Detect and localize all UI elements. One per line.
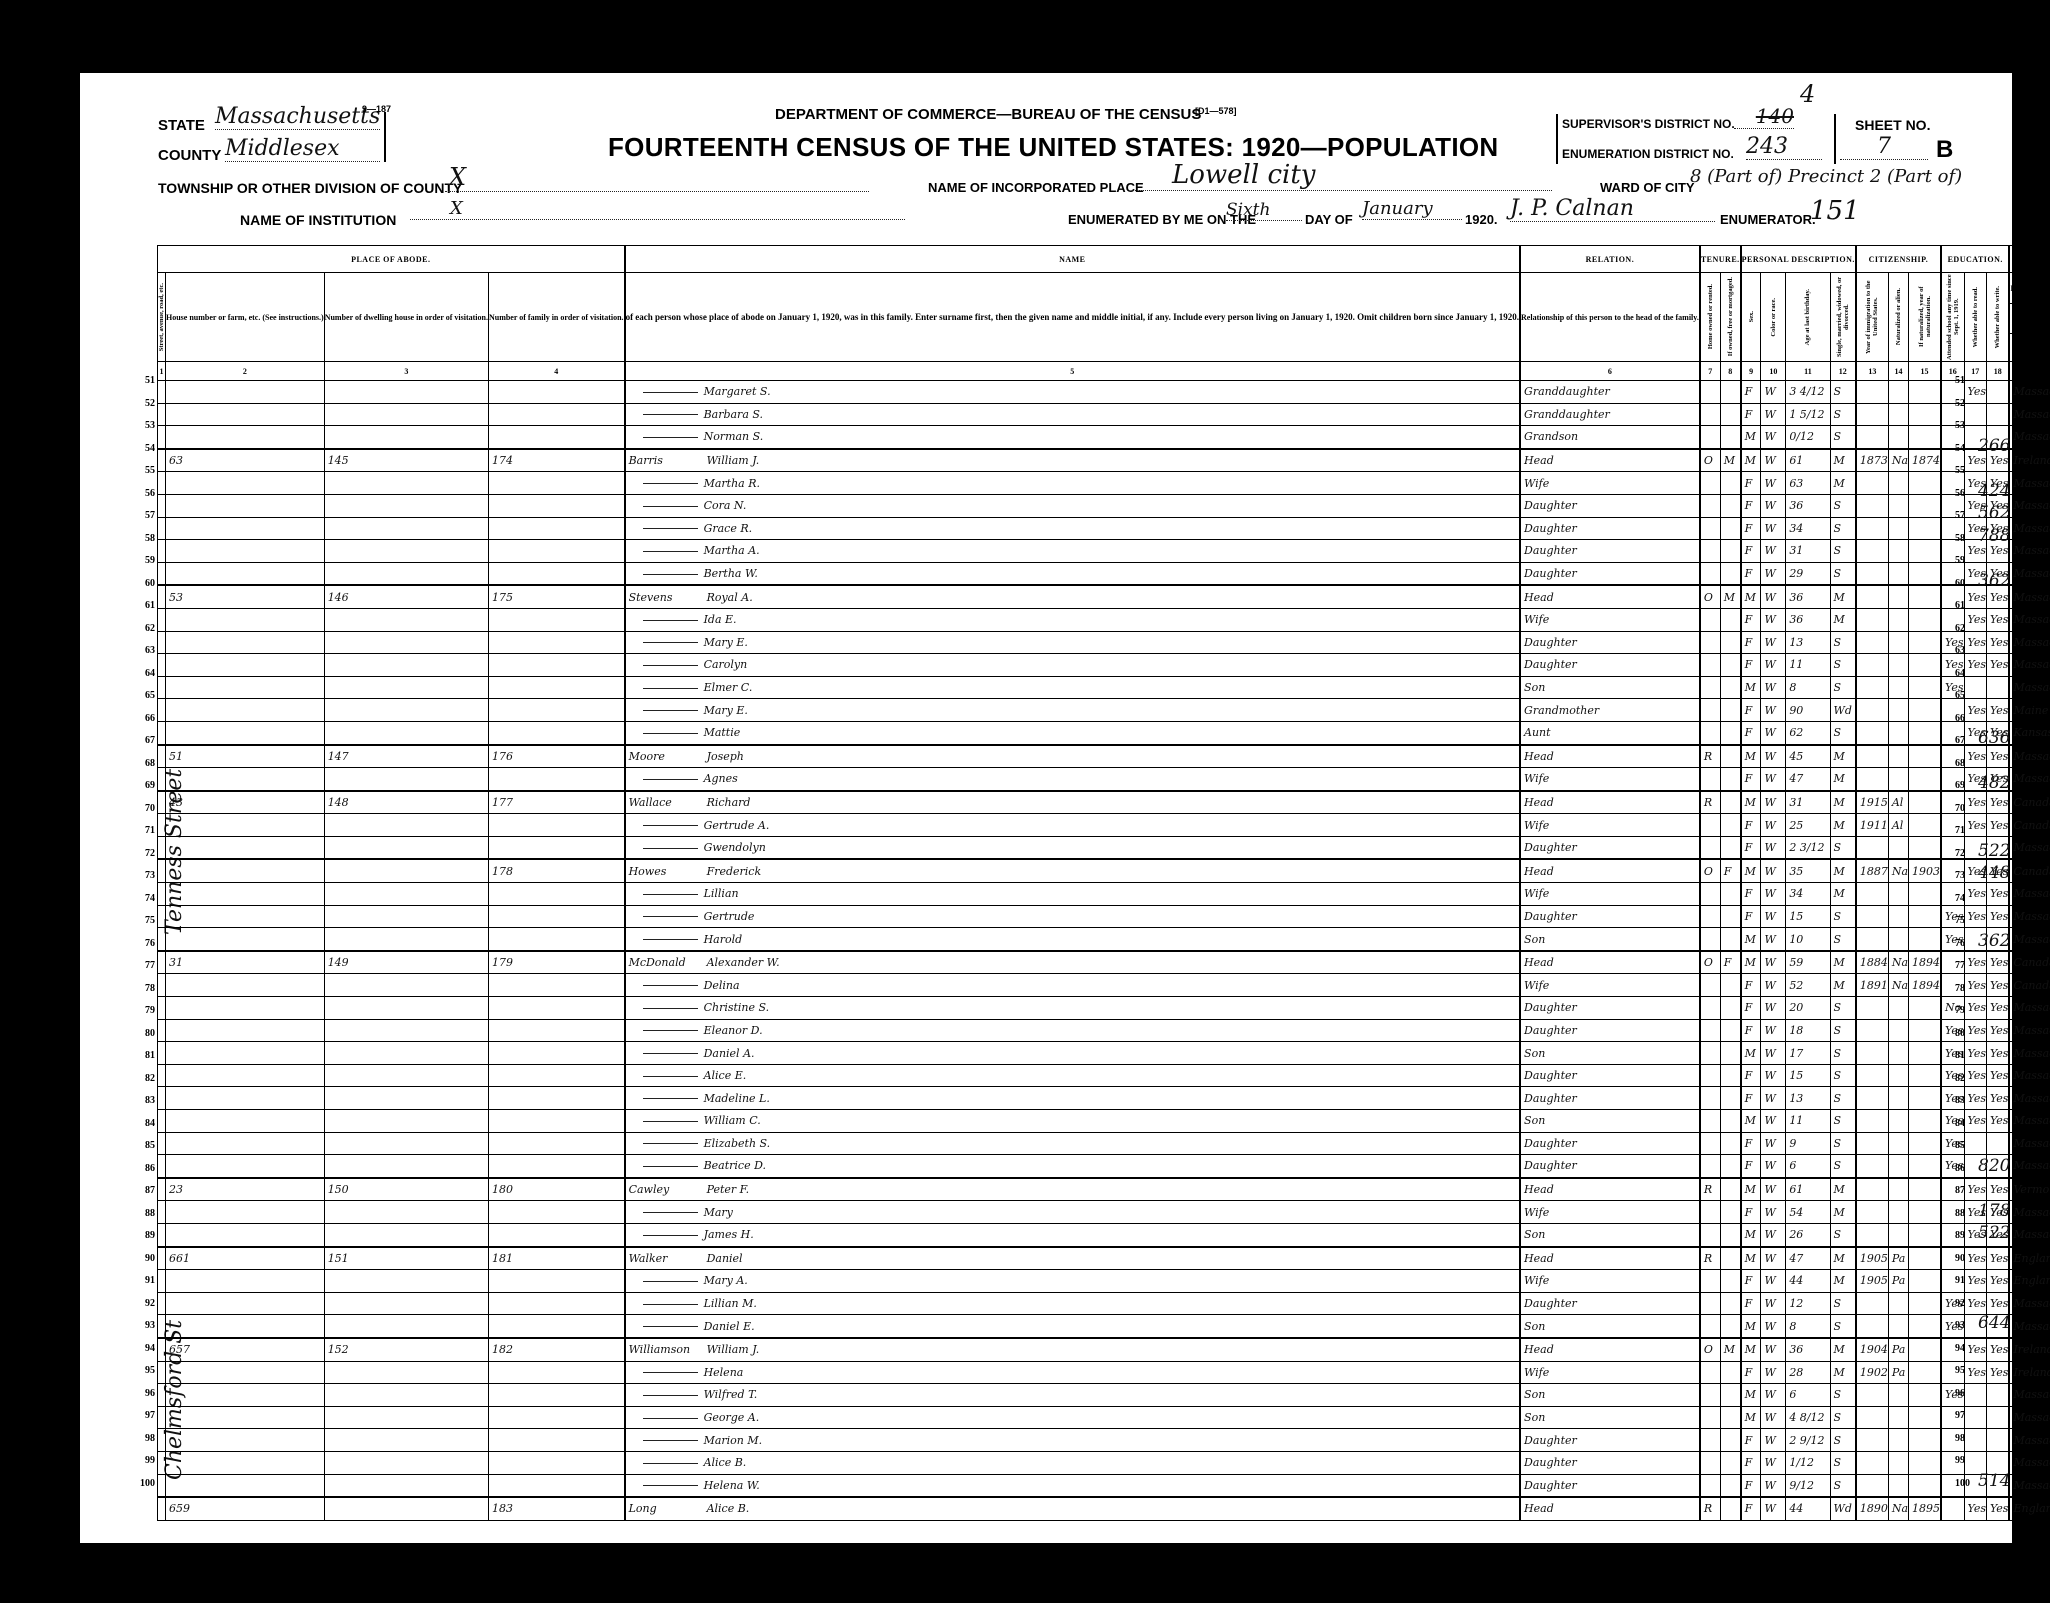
col-age: 10	[1786, 928, 1830, 951]
col-birthplace: Massachusetts	[2009, 608, 2050, 631]
col-dwelling	[324, 1042, 488, 1065]
col-write: Yes	[1986, 1497, 2009, 1520]
margin-occupation-code: 522	[1978, 841, 2010, 861]
col-name: Lillian	[625, 883, 1520, 906]
col-immigration-year: 1902	[1856, 1361, 1889, 1384]
col-relation: Daughter	[1520, 494, 1700, 517]
line-number: 61	[1955, 600, 1965, 611]
col-dwelling	[324, 836, 488, 859]
col-birthplace: Massachusetts	[2009, 1155, 2050, 1178]
table-row: Gertrude A.WifeFW25M1911AlYesYesCanadaEn…	[158, 814, 2050, 837]
col-name: Gertrude	[625, 905, 1520, 928]
col-owned	[1700, 1384, 1720, 1407]
col-marital: S	[1830, 1042, 1856, 1065]
col-relation: Wife	[1520, 1361, 1700, 1384]
col-naturalized: Na	[1888, 1497, 1908, 1520]
col-num: 6	[1520, 362, 1700, 381]
col-race: W	[1761, 631, 1786, 654]
col-race: W	[1761, 1178, 1786, 1201]
given-name: Carolyn	[704, 658, 748, 671]
col-family: 176	[488, 745, 624, 768]
given-name: Barbara S.	[704, 408, 763, 421]
col-naturalized	[1888, 905, 1908, 928]
col-sex: F	[1741, 1451, 1761, 1474]
col-sex: M	[1741, 1247, 1761, 1270]
col-naturalization-year	[1909, 517, 1942, 540]
col-birthplace: Massachusetts	[2009, 1064, 2050, 1087]
col-write	[1986, 1406, 2009, 1429]
col-read: Yes	[1964, 814, 1986, 837]
line-number: 85	[137, 1140, 155, 1151]
line-number: 90	[137, 1253, 155, 1264]
line-number: 59	[1955, 555, 1965, 566]
col-birthplace: Massachusetts	[2009, 1451, 2050, 1474]
line-number: 64	[1955, 668, 1965, 679]
line-number: 82	[137, 1073, 155, 1084]
col-race: W	[1761, 997, 1786, 1020]
col-house-number: 657	[166, 1338, 325, 1361]
col-street	[158, 517, 166, 540]
col-name: Alice E.	[625, 1064, 1520, 1087]
col-race: W	[1761, 1451, 1786, 1474]
col-owned	[1700, 403, 1720, 426]
col-relation: Son	[1520, 676, 1700, 699]
table-row: HelenaWifeFW28M1902PaYesYesIrelandEnglis…	[158, 1361, 2050, 1384]
ditto-dash	[643, 1098, 698, 1099]
col-mortgage	[1720, 768, 1740, 791]
col-dwelling	[324, 721, 488, 744]
col-age: 45	[1786, 745, 1830, 768]
col-write: Yes	[1986, 951, 2009, 974]
col-naturalized: Na	[1888, 859, 1908, 882]
col-house-number	[166, 1315, 325, 1338]
col-owned	[1700, 1406, 1720, 1429]
ditto-dash	[643, 642, 698, 643]
col-age: 47	[1786, 768, 1830, 791]
col-street	[158, 1406, 166, 1429]
col-naturalized	[1888, 494, 1908, 517]
col-sex: F	[1741, 883, 1761, 906]
col-dwelling	[324, 699, 488, 722]
col-mortgage	[1720, 1292, 1740, 1315]
col-immigration-year	[1856, 472, 1889, 495]
col-write: Yes	[1986, 814, 2009, 837]
col-family	[488, 836, 624, 859]
table-row: 53146175StevensRoyal A.HeadOMMW36MYesYes…	[158, 585, 2050, 608]
ditto-dash	[643, 1030, 698, 1031]
col-naturalization-year	[1909, 494, 1942, 517]
col-house-number	[166, 1132, 325, 1155]
col-immigration-year	[1856, 1384, 1889, 1407]
col-marital: S	[1830, 494, 1856, 517]
given-name: Marion M.	[704, 1434, 763, 1447]
given-name: Helena	[704, 1366, 744, 1379]
col-owned	[1700, 1315, 1720, 1338]
col-naturalization-year	[1909, 1178, 1942, 1201]
col-name: WilliamsonWilliam J.	[625, 1338, 1520, 1361]
col-naturalized	[1888, 836, 1908, 859]
table-row: Ida E.WifeFW36MYesYesMassachusettsMaineM…	[158, 608, 2050, 631]
col-immigration-year	[1856, 562, 1889, 585]
col-street	[158, 1338, 166, 1361]
col-marital: S	[1830, 1406, 1856, 1429]
table-row: 31149179McDonaldAlexander W.HeadOFMW59M1…	[158, 951, 2050, 974]
col-age: 63	[1786, 472, 1830, 495]
col-naturalization-year	[1909, 928, 1942, 951]
col-write	[1986, 381, 2009, 404]
col-owned	[1700, 1042, 1720, 1065]
col-house-number	[166, 540, 325, 563]
line-number: 67	[137, 735, 155, 746]
ditto-dash	[643, 437, 698, 438]
col-street	[158, 721, 166, 744]
col-mortgage	[1720, 676, 1740, 699]
col-naturalization-year	[1909, 585, 1942, 608]
given-name: Norman S.	[704, 430, 764, 443]
col-race: W	[1761, 676, 1786, 699]
col-relation: Wife	[1520, 974, 1700, 997]
col-street	[158, 951, 166, 974]
col-owned	[1700, 1451, 1720, 1474]
col-marital: S	[1830, 721, 1856, 744]
col-owned	[1700, 1474, 1720, 1497]
line-number: 96	[1955, 1388, 1965, 1399]
col-name: Wilfred T.	[625, 1384, 1520, 1407]
col-dwelling: 150	[324, 1178, 488, 1201]
col-race: W	[1761, 745, 1786, 768]
line-number: 88	[1955, 1208, 1965, 1219]
col-street	[158, 859, 166, 882]
line-number: 87	[137, 1185, 155, 1196]
col-read: Yes	[1964, 1247, 1986, 1270]
col-family	[488, 905, 624, 928]
col-dwelling	[324, 1132, 488, 1155]
col-sex: F	[1741, 836, 1761, 859]
table-row: Norman S.GrandsonMW0/12SMassachusettsMas…	[158, 426, 2050, 449]
col-age: 36	[1786, 1338, 1830, 1361]
col-naturalization-year	[1909, 1019, 1942, 1042]
col-immigration-year: 1884	[1856, 951, 1889, 974]
col-age: 31	[1786, 791, 1830, 814]
col-18-header: Whether able to write.	[1986, 273, 2009, 362]
col-name: William C.	[625, 1110, 1520, 1133]
col-immigration-year	[1856, 585, 1889, 608]
col-relation: Daughter	[1520, 1451, 1700, 1474]
given-name: Richard	[707, 796, 751, 809]
surname: Cawley	[629, 1183, 707, 1196]
col-naturalized	[1888, 517, 1908, 540]
col-17-header: Whether able to read.	[1964, 273, 1986, 362]
col-naturalized	[1888, 1451, 1908, 1474]
col-owned	[1700, 608, 1720, 631]
ditto-dash	[643, 506, 698, 507]
col-birthplace: Maine	[2009, 699, 2050, 722]
line-number: 73	[1955, 870, 1965, 881]
given-name: Helena W.	[704, 1479, 760, 1492]
line-number: 98	[137, 1433, 155, 1444]
line-number: 88	[137, 1208, 155, 1219]
table-row: DelinaWifeFW52M1891Na1894YesYesCanadaEng…	[158, 974, 2050, 997]
col-house-number	[166, 608, 325, 631]
col-immigration-year: 1915	[1856, 791, 1889, 814]
col-immigration-year: 1873	[1856, 449, 1889, 472]
col-family: 177	[488, 791, 624, 814]
col-owned: R	[1700, 791, 1720, 814]
given-name: Agnes	[704, 772, 738, 785]
ditto-dash	[643, 551, 698, 552]
col-relation: Son	[1520, 1384, 1700, 1407]
col-num: 9	[1741, 362, 1761, 381]
col-relation: Daughter	[1520, 836, 1700, 859]
col-race: W	[1761, 1406, 1786, 1429]
line-number: 79	[1955, 1005, 1965, 1016]
col-mortgage	[1720, 494, 1740, 517]
given-name: William J.	[707, 1343, 760, 1356]
col-name: WalkerDaniel	[625, 1247, 1520, 1270]
col-dwelling	[324, 1155, 488, 1178]
col-naturalization-year	[1909, 721, 1942, 744]
col-naturalized: Pa	[1888, 1361, 1908, 1384]
col-family	[488, 1223, 624, 1246]
table-row: Daniel E.SonMW8SYesMassachusettsEnglandE…	[158, 1315, 2050, 1338]
col-immigration-year	[1856, 403, 1889, 426]
col-8-header: If owned, free or mortgaged.	[1720, 273, 1740, 362]
col-dwelling	[324, 381, 488, 404]
col-family	[488, 654, 624, 677]
col-dwelling	[324, 768, 488, 791]
col-write	[1986, 1384, 2009, 1407]
line-number: 89	[137, 1230, 155, 1241]
col-naturalized	[1888, 1064, 1908, 1087]
col-family	[488, 1064, 624, 1087]
table-row: 23150180CawleyPeter F.HeadRMW61MYesYesVe…	[158, 1178, 2050, 1201]
col-street	[158, 745, 166, 768]
col-family	[488, 928, 624, 951]
col-write: Yes	[1986, 1042, 2009, 1065]
col-immigration-year	[1856, 654, 1889, 677]
col-9-header: Sex.	[1741, 273, 1761, 362]
col-owned	[1700, 472, 1720, 495]
col-naturalization-year	[1909, 905, 1942, 928]
col-house-number	[166, 631, 325, 654]
col-write	[1986, 1132, 2009, 1155]
col-marital: M	[1830, 951, 1856, 974]
col-mortgage	[1720, 1474, 1740, 1497]
col-mortgage	[1720, 814, 1740, 837]
col-marital: S	[1830, 676, 1856, 699]
col-write: Yes	[1986, 997, 2009, 1020]
col-marital: S	[1830, 1155, 1856, 1178]
col-immigration-year	[1856, 1315, 1889, 1338]
col-street	[158, 1132, 166, 1155]
col-read: Yes	[1964, 1361, 1986, 1384]
col-num: 10	[1761, 362, 1786, 381]
col-family: 182	[488, 1338, 624, 1361]
col-16-header: Attended school any time since Sept. 1, …	[1941, 273, 1964, 362]
col-street	[158, 540, 166, 563]
col-name: Gertrude A.	[625, 814, 1520, 837]
col-naturalized	[1888, 540, 1908, 563]
given-name: Gwendolyn	[704, 841, 766, 854]
col-num: 7	[1700, 362, 1720, 381]
ditto-dash	[643, 1143, 698, 1144]
ditto-dash	[643, 779, 698, 780]
col-owned: R	[1700, 745, 1720, 768]
col-house-number	[166, 517, 325, 540]
col-naturalized	[1888, 699, 1908, 722]
line-number: 96	[137, 1388, 155, 1399]
col-naturalized	[1888, 1315, 1908, 1338]
col-race: W	[1761, 1338, 1786, 1361]
col-naturalized	[1888, 1406, 1908, 1429]
col-street	[158, 494, 166, 517]
col-marital: S	[1830, 1019, 1856, 1042]
table-row: Elizabeth S.DaughterFW9SYesMassachusetts…	[158, 1132, 2050, 1155]
col-age: 4 8/12	[1786, 1406, 1830, 1429]
col-family: 174	[488, 449, 624, 472]
col-marital: S	[1830, 1110, 1856, 1133]
col-marital: S	[1830, 381, 1856, 404]
col-naturalization-year	[1909, 1201, 1942, 1224]
col-dwelling	[324, 883, 488, 906]
col-naturalized	[1888, 1155, 1908, 1178]
col-dwelling	[324, 859, 488, 882]
col-marital: S	[1830, 1384, 1856, 1407]
col-age: 34	[1786, 517, 1830, 540]
col-write: Yes	[1986, 1247, 2009, 1270]
ditto-dash	[643, 1235, 698, 1236]
col-sex: F	[1741, 1270, 1761, 1293]
col-name: Eleanor D.	[625, 1019, 1520, 1042]
col-owned	[1700, 540, 1720, 563]
col-mortgage	[1720, 1406, 1740, 1429]
col-street	[158, 1384, 166, 1407]
col-mortgage	[1720, 1155, 1740, 1178]
col-house-number	[166, 1155, 325, 1178]
col-age: 13	[1786, 631, 1830, 654]
col-name: Gwendolyn	[625, 836, 1520, 859]
col-age: 59	[1786, 951, 1830, 974]
col-marital: S	[1830, 1315, 1856, 1338]
col-immigration-year	[1856, 1201, 1889, 1224]
col-house-number	[166, 562, 325, 585]
line-number: 60	[1955, 578, 1965, 589]
bracket	[1828, 114, 1836, 164]
col-family: 179	[488, 951, 624, 974]
col-mortgage	[1720, 1451, 1740, 1474]
col-house-number	[166, 1270, 325, 1293]
line-number: 82	[1955, 1073, 1965, 1084]
col-naturalization-year	[1909, 1338, 1942, 1361]
col-sex: F	[1741, 699, 1761, 722]
col-15-header: If naturalized, year of naturalization.	[1909, 273, 1942, 362]
col-name: Mattie	[625, 721, 1520, 744]
col-sex: F	[1741, 1497, 1761, 1520]
col-mortgage	[1720, 905, 1740, 928]
col-read: Yes	[1964, 883, 1986, 906]
col-race: W	[1761, 562, 1786, 585]
col-street	[158, 1315, 166, 1338]
department-title: DEPARTMENT OF COMMERCE—BUREAU OF THE CEN…	[775, 106, 1201, 123]
col-marital: S	[1830, 654, 1856, 677]
ditto-dash	[643, 1212, 698, 1213]
col-owned	[1700, 562, 1720, 585]
col-marital: S	[1830, 928, 1856, 951]
ditto-dash	[643, 1485, 698, 1486]
col-house-number	[166, 768, 325, 791]
table-row: William C.SonMW11SYesYesYesMassachusetts…	[158, 1110, 2050, 1133]
col-street	[158, 997, 166, 1020]
col-dwelling	[324, 1110, 488, 1133]
group-education: EDUCATION.	[1941, 246, 2009, 273]
col-naturalized: Pa	[1888, 1247, 1908, 1270]
col-mortgage	[1720, 1361, 1740, 1384]
col-dwelling	[324, 426, 488, 449]
col-birthplace: Massachusetts	[2009, 585, 2050, 608]
col-marital: S	[1830, 1132, 1856, 1155]
col-relation: Head	[1520, 449, 1700, 472]
col-naturalized	[1888, 631, 1908, 654]
col-dwelling	[324, 1064, 488, 1087]
line-number: 64	[137, 668, 155, 679]
col-sex: M	[1741, 1384, 1761, 1407]
col-relation: Head	[1520, 791, 1700, 814]
col-family	[488, 426, 624, 449]
col-naturalized: Na	[1888, 449, 1908, 472]
col-family	[488, 1019, 624, 1042]
col-mortgage	[1720, 883, 1740, 906]
line-number: 75	[137, 915, 155, 926]
col-family	[488, 1132, 624, 1155]
col-mortgage	[1720, 791, 1740, 814]
col-owned: O	[1700, 585, 1720, 608]
col-immigration-year	[1856, 608, 1889, 631]
bracket	[380, 112, 386, 162]
col-street	[158, 1429, 166, 1452]
col-naturalization-year	[1909, 791, 1942, 814]
col-marital: S	[1830, 403, 1856, 426]
col-age: 61	[1786, 1178, 1830, 1201]
group-tenure: TENURE.	[1700, 246, 1741, 273]
table-row: Christine S.DaughterFW20SNoYesYesMassach…	[158, 997, 2050, 1020]
col-family	[488, 1155, 624, 1178]
col-owned	[1700, 1019, 1720, 1042]
col-birthplace: Massachusetts	[2009, 1087, 2050, 1110]
col-mortgage	[1720, 472, 1740, 495]
ditto-dash	[643, 916, 698, 917]
line-number: 61	[137, 600, 155, 611]
given-name: Mary E.	[704, 704, 748, 717]
col-11-header: Age at last birthday.	[1786, 273, 1830, 362]
col-age: 36	[1786, 585, 1830, 608]
col-dwelling	[324, 1087, 488, 1110]
col-family	[488, 1474, 624, 1497]
col-race: W	[1761, 1315, 1786, 1338]
table-row: James H.SonMW26SYesYesMassachusettsVermo…	[158, 1223, 2050, 1246]
col-birthplace: England	[2009, 1497, 2050, 1520]
col-marital: S	[1830, 426, 1856, 449]
col-street	[158, 974, 166, 997]
given-name: Peter F.	[707, 1183, 750, 1196]
col-name: Carolyn	[625, 654, 1520, 677]
col-naturalized	[1888, 883, 1908, 906]
col-owned: R	[1700, 1178, 1720, 1201]
ditto-dash	[643, 825, 698, 826]
col-sex: F	[1741, 608, 1761, 631]
col-dwelling	[324, 494, 488, 517]
col-owned	[1700, 1155, 1720, 1178]
col-naturalized	[1888, 381, 1908, 404]
